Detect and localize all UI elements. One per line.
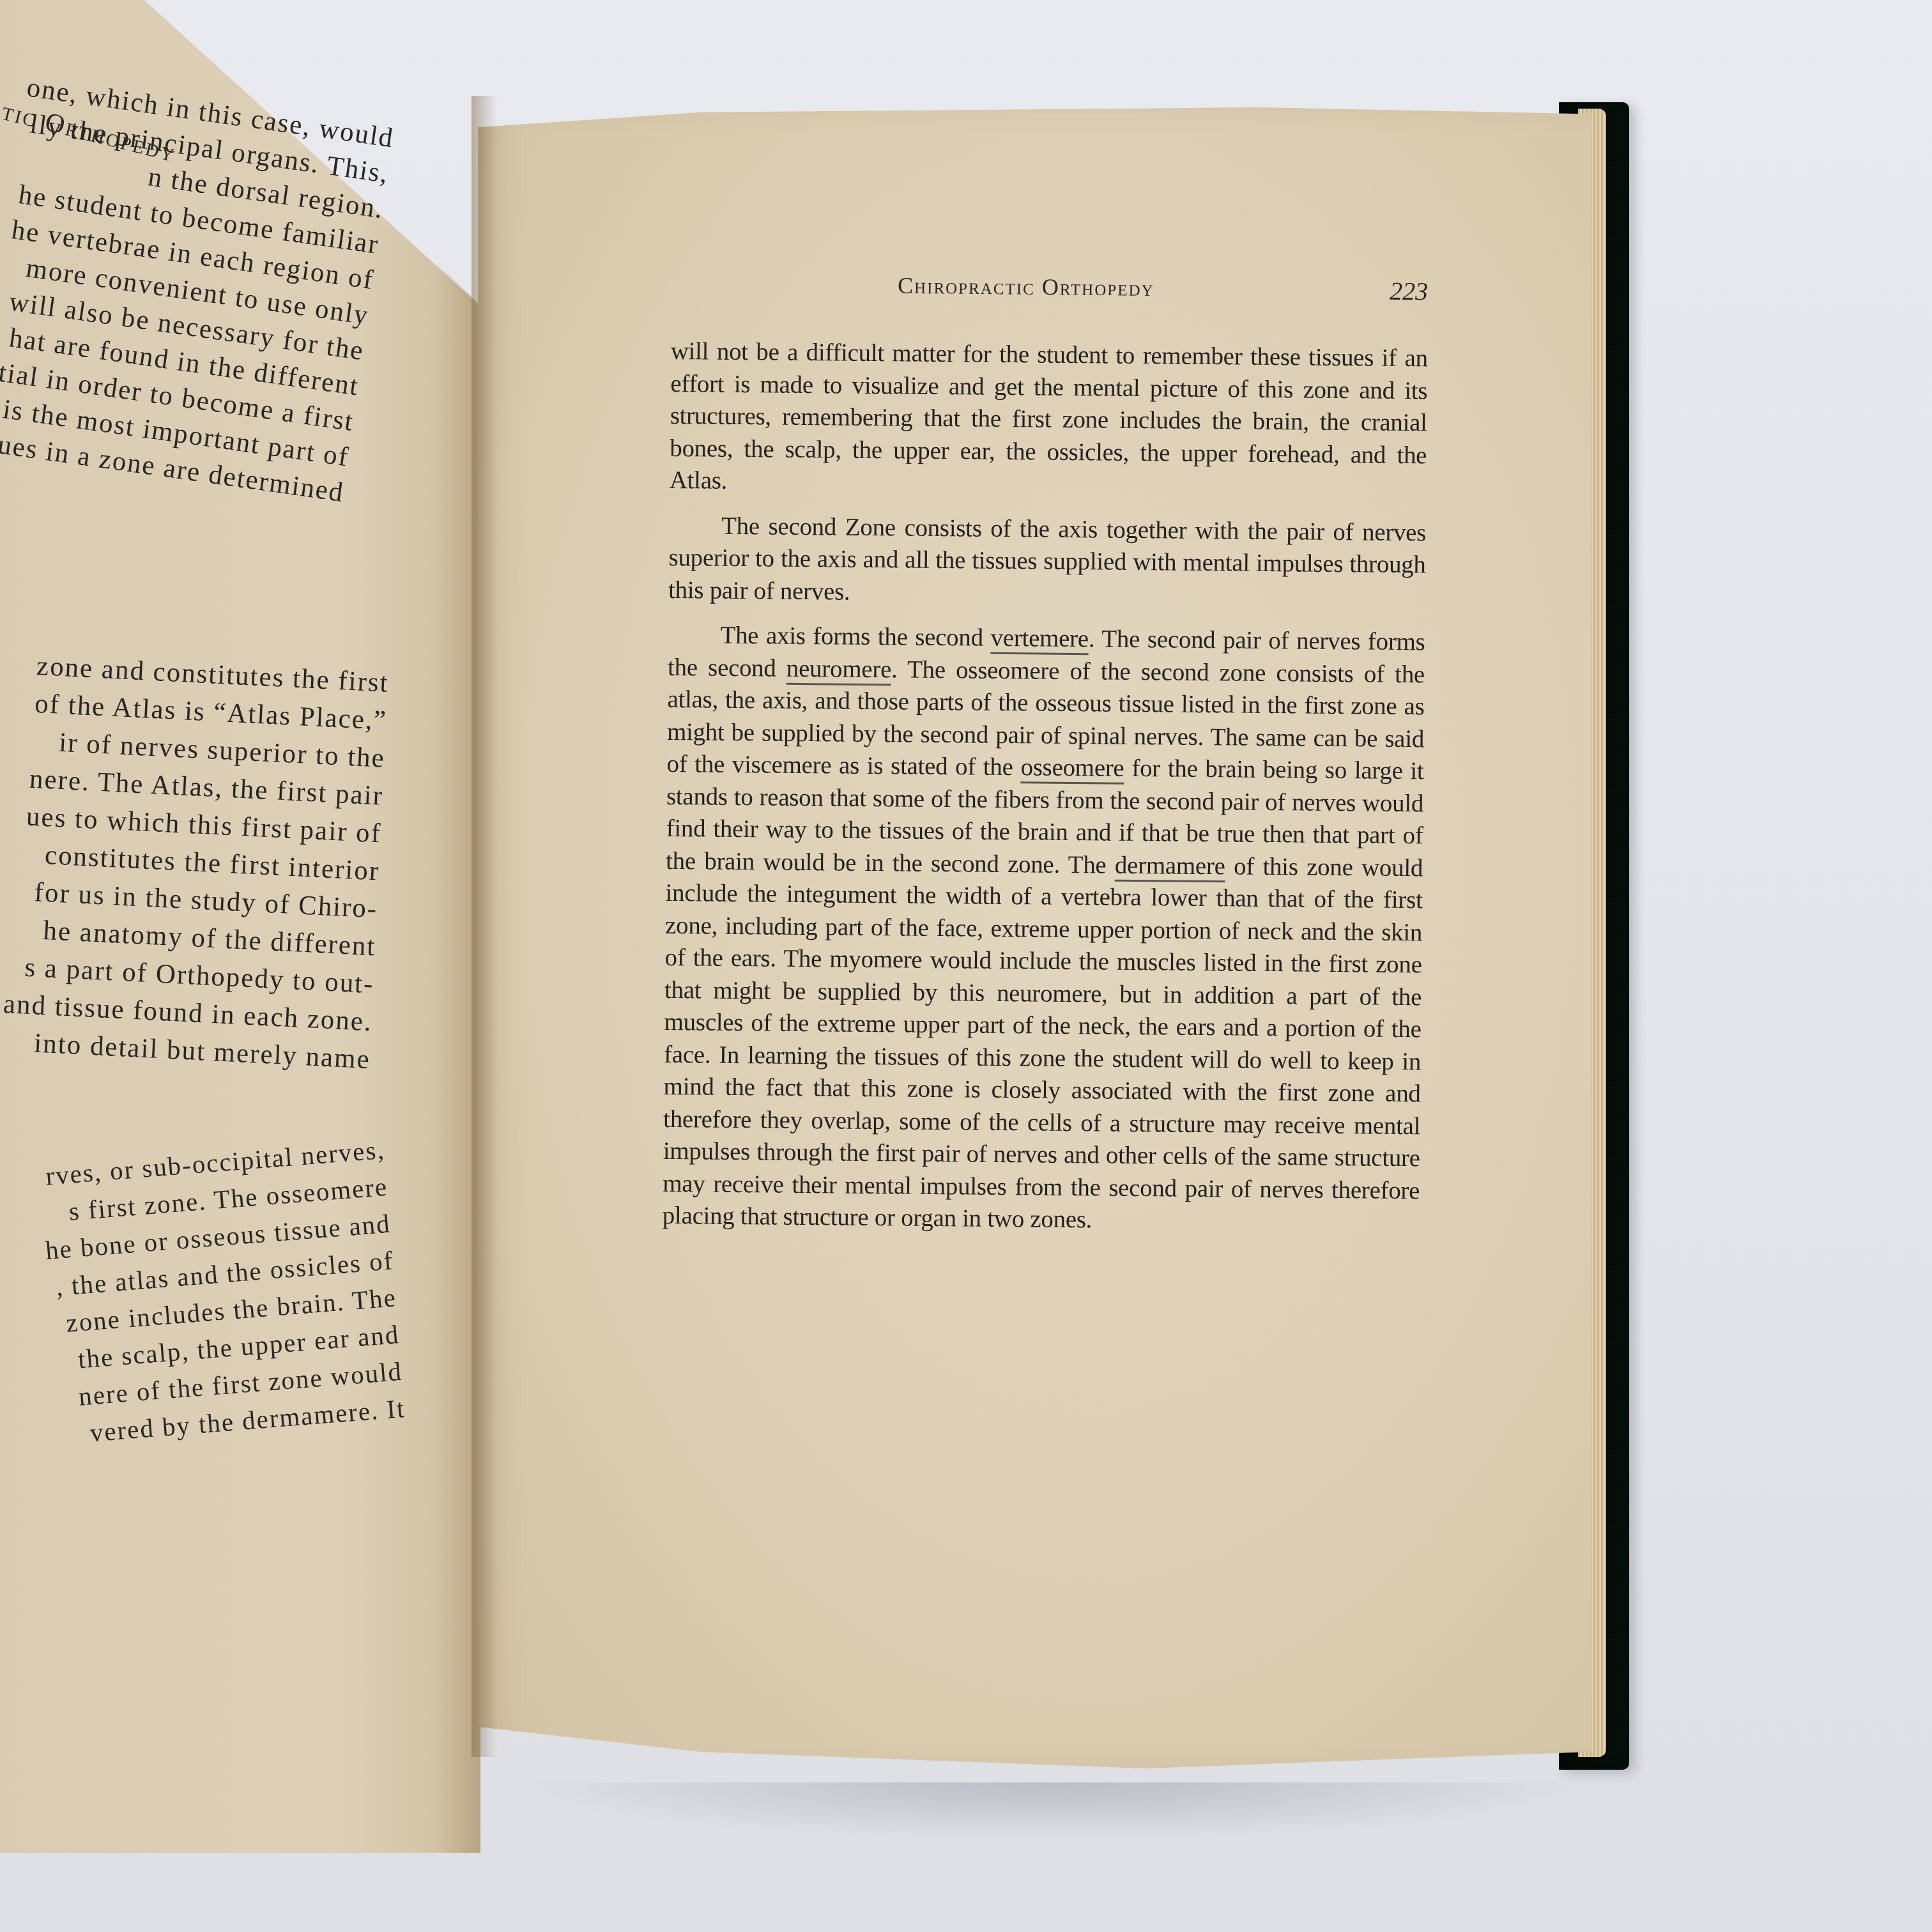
page-number: 223 [1390,276,1428,307]
right-page-header: Chiropractic Orthopedy 223 [898,272,1429,316]
paragraph-3: The axis forms the second vertemere. The… [663,619,1425,1239]
book-shadow [511,1782,1597,1840]
paragraph-2: The second Zone consists of the axis tog… [668,509,1426,613]
underlined-term-neuromere: neuromere [786,654,891,683]
running-title: Chiropractic Orthopedy [898,272,1154,302]
underlined-term-vertemere: vertemere [990,624,1089,652]
right-page-body: will not be a difficult matter for the s… [662,335,1428,1252]
left-page-block-1: one, which in this case, would lly the p… [0,63,396,546]
photo-scene: tic Orthopedy one, which in this case, w… [0,0,1932,1932]
underlined-term-dermamere: dermamere [1115,851,1225,880]
text-run: of this zone would include the integumen… [663,852,1423,1234]
left-page-block-2: zone and constitutes the first of the At… [0,645,390,1078]
book-gutter [471,96,497,1757]
paragraph-1: will not be a difficult matter for the s… [670,335,1428,504]
underlined-term-osseomere: osseomere [1020,753,1124,782]
text-run: The axis forms the second [720,622,991,652]
left-page-block-3: rves, or sub-occipital nerves, s first z… [0,1131,406,1458]
